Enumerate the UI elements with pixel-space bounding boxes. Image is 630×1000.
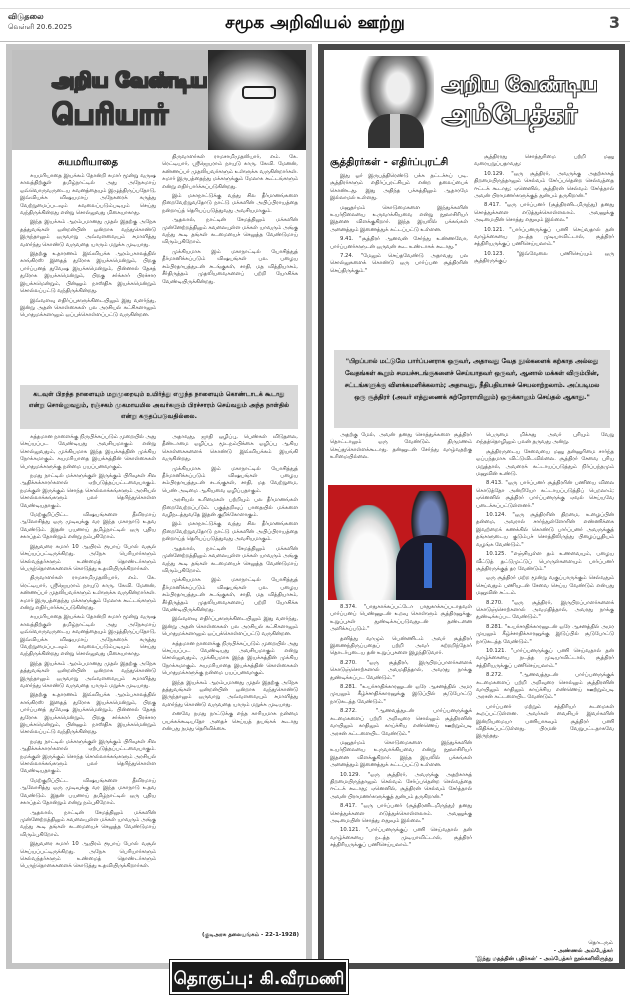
paragraph: 10.123. "இவ்வேலை பணிசெய்யும் ஒரு சூத்திர…: [474, 251, 614, 266]
paragraph: மனுதர்மம் கொடுமைகளை இந்துக்களின் உயர்நில…: [330, 205, 468, 235]
ambedkar-column-3: 8.374. "பாதுகாக்கப்பட்டோ பாதுகாக்கப்படாத…: [330, 604, 472, 974]
paragraph: 10.124. "ஒரு சூத்திரரின் திறமை, உழைப்பின…: [476, 512, 614, 549]
paragraph: இந்த இயக்கம் ஆரம்பமானது முதல் இதற்கு அநே…: [20, 219, 156, 249]
ambedkar-banner: அறிய வேண்டிய அம்பேத்கர்: [324, 50, 619, 150]
paragraph: சூத்திரருடைய சேவையை மனு தன்னுரிமை சார்ந்…: [476, 449, 614, 479]
author-name: - அண்ணல் அம்பேத்கர்: [554, 948, 613, 954]
ambedkar-quote-box: "பிறப்பால் மட்டுமே பார்ப்பனராக ஒருவர், அ…: [334, 350, 610, 428]
periyar-portrait-image: [208, 50, 306, 150]
ambedkar-banner-line2: அம்பேத்கர்: [442, 100, 577, 133]
paragraph: 8.270. "ஒரு சூத்திரர், இருபிறப்பாளர்களைக…: [330, 660, 472, 682]
paragraph: சுத்தமான நாளைக்கு நிருபிக்கப்படும் முறைய…: [20, 434, 156, 471]
ambedkar-column-4: பெருமை மிக்கது அவர் புரியும் வேறு எந்தத்…: [476, 432, 614, 937]
paragraph: முக்கியமாக இம் மகாநாட்டில் யோசித்துத் தீ…: [162, 577, 298, 614]
paragraph: இம் மகாநாட்டுக்கு வந்து சில தீர்மானங்களை…: [162, 521, 298, 543]
paragraph: திருவாளர்கள் ராமசாமிமுதலியார், எம். கே. …: [20, 575, 156, 612]
periyar-column-1: சுயமரியாதை சுயமரியாதை இயக்கம் தோன்றி சும…: [20, 154, 156, 380]
ambedkar-column-1: சூத்திரர்கள் - எதிர்ப்புரட்சி இது ஓர் இர…: [330, 154, 468, 346]
ambedkar-banner-line1: அறிய வேண்டிய: [442, 72, 597, 99]
paragraph: இதற்கு உதாரணம் இவ்வியக்க ஆரம்பகாலத்தில் …: [20, 251, 156, 295]
paragraph: 10.121. "பார்ப்பனருக்குப் பணி செய்வதால் …: [330, 827, 472, 849]
book-source: 'இந்து மதத்தின் புதிர்கள்' - அம்பேத்கர் …: [475, 956, 613, 962]
periyar-quote-box: கடவுள் பிறந்த நாளையும் மறுமுறையும் உயிர்…: [20, 385, 298, 429]
paragraph: 8.270. "ஒரு சூத்திரர், இருபிறப்பாளர்களைக…: [476, 600, 614, 622]
ambedkar-section-heading: சூத்திரர்கள் - எதிர்ப்புரட்சி: [330, 156, 468, 170]
continued-label: தொடரும்: [475, 939, 613, 947]
paragraph: முக்கியமாக இம் மகாநாட்டில் யோசித்துத் தீ…: [162, 249, 298, 286]
paragraph: 8.374. "பாதுகாக்கப்பட்டோ பாதுகாக்கப்படாத…: [330, 604, 472, 634]
paragraph: ஆதலால், நாட்டின் சேமத்திலும் மக்களின் மு…: [162, 217, 298, 247]
paragraph: ஒரு சூத்திரர் மற்ற மூன்று வகுப்பாருக்கும…: [476, 575, 614, 597]
paragraph: எனவே நமது நாட்டுக்கு எந்த காரியமாக நன்மை…: [162, 711, 298, 733]
paragraph: முக்கியமாக இம் மகாநாட்டில் யோசித்துத் தீ…: [162, 466, 298, 496]
periyar-section-heading: சுயமரியாதை: [20, 156, 156, 170]
paragraph: 9.41. "சூத்திரர் ஆனவன் சேர்ந்து உண்ணவோ, …: [330, 236, 468, 251]
paragraph: 10.121. "பார்ப்பனருக்குப் பணி செய்வதால் …: [474, 227, 614, 249]
paragraph: மேற்குறிப்பிட்ட விஷயங்களை தீவிரமாய் ஆலோச…: [20, 512, 156, 542]
paragraph: சூத்திரரது சொத்துரிமை பற்றி மனு வரையறுப்…: [474, 154, 614, 169]
paragraph: மனுதர்மம் கொடுமைகளை இந்துக்களின் உயர்நில…: [330, 740, 472, 770]
paragraph: இவ்வளவு எதிர்ப்புகளுக்கிடையிலும் இது வளர…: [162, 616, 298, 638]
paragraph: பெருமை மிக்கது அவர் புரியும் வேறு எந்தத்…: [476, 432, 614, 447]
ambedkar-column-3-top: அதற்கு மேல், அவன் தனது சொத்துக்களை சூத்த…: [330, 432, 472, 482]
paragraph: இம் மகாநாட்டுக்கு வந்து சில தீர்மானங்களை…: [162, 193, 298, 215]
ambedkar-portrait-image: [354, 56, 434, 148]
section-title: சமூக அறிவியல் ஊற்று: [0, 13, 630, 35]
paragraph: இது ஓர் இருபத்திரெண்டு பக்க தட்டச்சுப் ப…: [330, 173, 468, 203]
paragraph: 8.417. "ஒரு பார்ப்பனர் (சூத்திரனிடமிருந்…: [330, 803, 472, 825]
paragraph: இதுவரை சுமார் 10 ஆயிரம் ரூபாய் போல் வசூல…: [20, 841, 156, 871]
paragraph: 7.24. "மேலும் செய்தவேண்டு அதாவது பல சொல்…: [330, 253, 468, 275]
periyar-banner-line2: பெரியார்: [52, 98, 168, 135]
periyar-column-2: திருவாளர்கள் ராமசாமிமுதலியார், எம். கே. …: [162, 154, 298, 380]
periyar-column-4: அதாவது, ஜாதி ஒழிப்பு, பெண்கள் விடுதலை, த…: [162, 434, 298, 924]
periyar-source-citation: (குடிஅரசு தலையங்கம் - 22-1-1928): [202, 932, 299, 939]
paragraph: ஆதலால், நாட்டின் சேமத்திலும் மக்களின் மு…: [20, 810, 156, 840]
paragraph: சுத்தமான நாளைக்கு நிருபிக்கப்படும் முறைய…: [162, 641, 298, 678]
paragraph: 10.125. "எஞ்சியுள்ள தம் உணவையும், பழைய வ…: [476, 551, 614, 573]
paragraph: ஆதலால், நாட்டின் சேமத்திலும் மக்களின் மு…: [162, 546, 298, 576]
paragraph: 8.281. "உயர்சாதிக்காரனுடன் ஒரே ஆசனத்தில்…: [476, 624, 614, 646]
ambedkar-feature: அறிய வேண்டிய அம்பேத்கர் சூத்திரர்கள் - எ…: [318, 44, 625, 969]
ambedkar-sign-off: தொடரும் - அண்ணல் அம்பேத்கர் 'இந்து மதத்த…: [475, 939, 613, 963]
ambedkar-column-2: சூத்திரரது சொத்துரிமை பற்றி மனு வரையறுப்…: [474, 154, 614, 346]
periyar-ambedkar-painting: [328, 485, 472, 600]
paragraph: 8.413. "ஒரு பார்ப்பனர் சூத்திரரின் பணியை…: [476, 480, 614, 510]
periyar-column-3: சுத்தமான நாளைக்கு நிருபிக்கப்படும் முறைய…: [20, 434, 156, 959]
paragraph: இந்த இயக்கம் ஆரம்பமானது முதல் இதற்கு அநே…: [162, 680, 298, 710]
periyar-banner: அறிய வேண்டிய பெரியார்: [12, 50, 306, 150]
paragraph: மேற்குறிப்பிட்ட விஷயங்களை தீவிரமாய் ஆலோச…: [20, 778, 156, 808]
paragraph: திருவாளர்கள் ராமசாமிமுதலியார், எம். கே. …: [162, 154, 298, 191]
paragraph: தனித்து வாழும் பெண்ணிடம் அவர் சூத்திரர் …: [330, 636, 472, 658]
masthead: விடுதலை வெள்ளி 20.6.2025 சமூக அறிவியல் ஊ…: [0, 8, 630, 42]
paragraph: 8.417. "ஒரு பார்ப்பனர் (சூத்திரனிடமிருந்…: [474, 202, 614, 224]
paragraph: அரசியல் உரிமைகள் பற்றியும் பல தீர்மானங்க…: [162, 497, 298, 519]
paragraph: 8.272. "ஆணவத்துடன் பார்ப்பனருக்குக் கடமை…: [476, 672, 614, 702]
paragraph: நமது நாட்டில் மக்களுக்குள் இருக்கும் பிர…: [20, 473, 156, 510]
paragraph: அதற்கு மேல், அவன் தனது சொத்துக்களை சூத்த…: [330, 432, 472, 462]
page-number: 3: [609, 13, 620, 32]
periyar-banner-line1: அறிய வேண்டிய: [52, 68, 207, 95]
paragraph: 10.129. "ஒரு சூத்திரர், அவருக்கு அதற்காக…: [474, 171, 614, 201]
paragraph: 10.129. "ஒரு சூத்திரர், அவருக்கு அதற்காக…: [330, 772, 472, 802]
paragraph: 8.281. "உயர்சாதிக்காரனுடன் ஒரே ஆசனத்தில்…: [330, 684, 472, 706]
paragraph: 8.272. "ஆணவத்துடன் பார்ப்பனருக்குக் கடமை…: [330, 708, 472, 738]
paragraph: நமது நாட்டில் மக்களுக்குள் இருக்கும் பிர…: [20, 739, 156, 776]
paragraph: இவ்வளவு எதிர்ப்புகளுக்கிடையிலும் இது வளர…: [20, 298, 156, 320]
tie-detail: [424, 543, 432, 588]
paragraph: சுயமரியாதை இயக்கம் தோன்றி சுமார் மூன்று …: [20, 614, 156, 658]
compiler-byline: தொகுப்பு: கி.வீரமணி: [170, 960, 348, 994]
paragraph: இதுவரை சுமார் 10 ஆயிரம் ரூபாய் போல் வசூல…: [20, 544, 156, 574]
paragraph: 10.121. "பார்ப்பனருக்குப் பணி செய்வதால் …: [476, 648, 614, 670]
paragraph: இந்த இயக்கம் ஆரம்பமானது முதல் இதற்கு அநே…: [20, 661, 156, 691]
periyar-feature: அறிய வேண்டிய பெரியார் சுயமரியாதை சுயமரிய…: [6, 44, 312, 969]
paragraph: பார்ப்பனர் மற்றும் சத்திரியர் கடமைகள் கூ…: [476, 704, 614, 741]
paragraph: சுயமரியாதை இயக்கம் தோன்றி சுமார் மூன்று …: [20, 173, 156, 217]
paragraph: இதற்கு உதாரணம் இவ்வியக்க ஆரம்பகாலத்தில் …: [20, 692, 156, 736]
paragraph: அதாவது, ஜாதி ஒழிப்பு, பெண்கள் விடுதலை, த…: [162, 434, 298, 464]
